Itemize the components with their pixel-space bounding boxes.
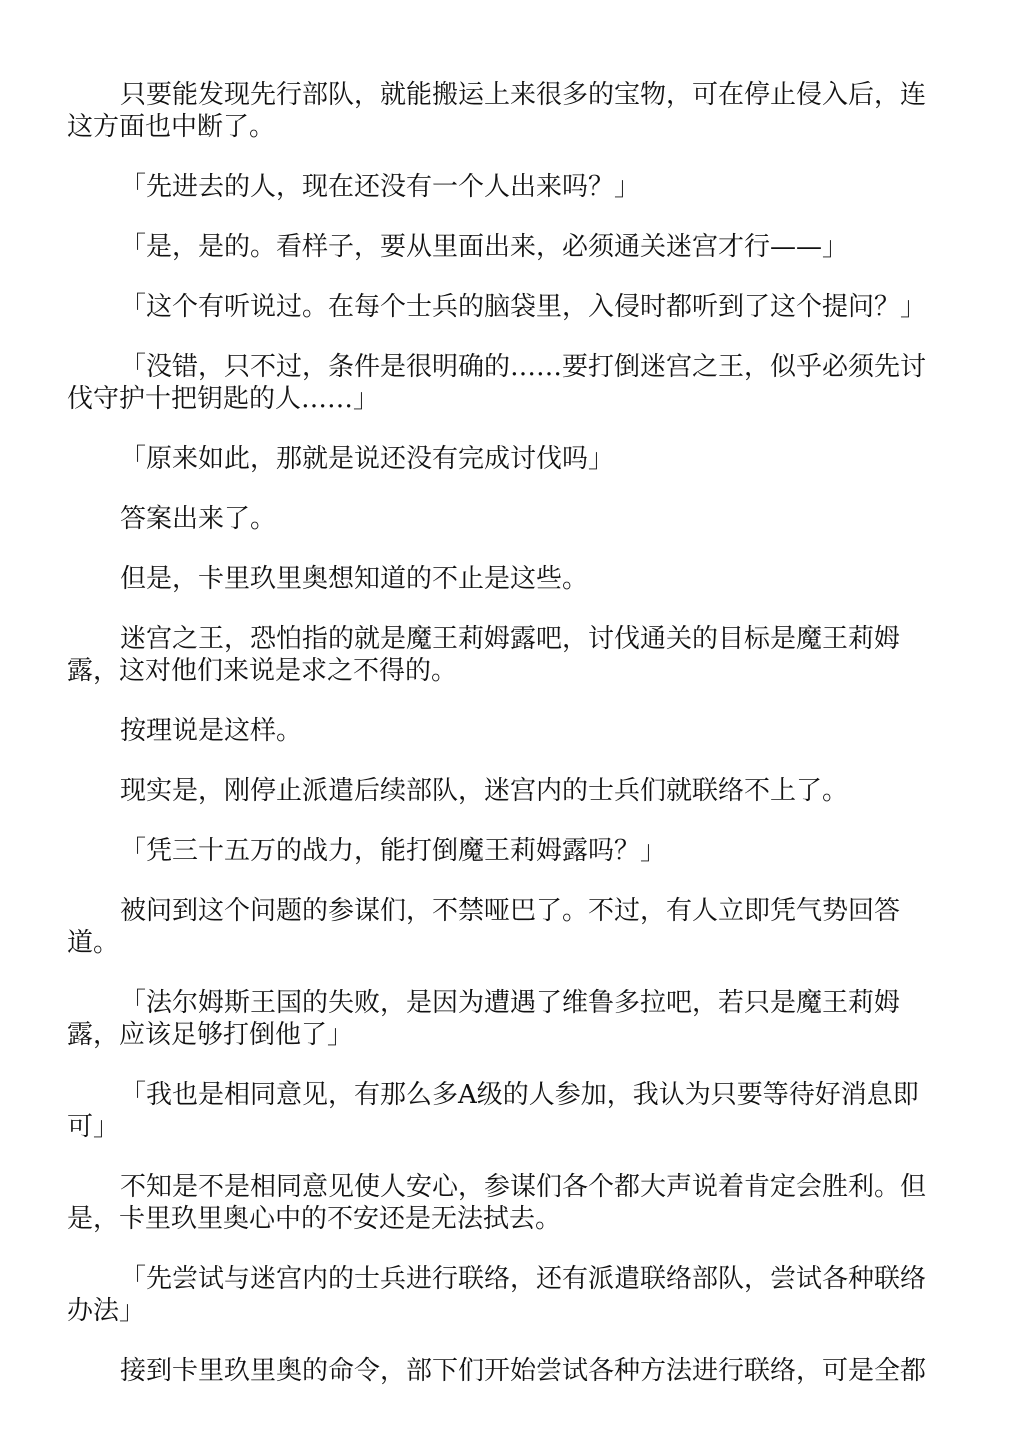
paragraph: 迷宫之王，恐怕指的就是魔王莉姆露吧，讨伐通关的目标是魔王莉姆 露，这对他们来说是… bbox=[67, 623, 947, 687]
text-line: 但是，卡里玖里奥想知道的不止是这些。 bbox=[67, 563, 947, 595]
text-line: 「原来如此，那就是说还没有完成讨伐吗」 bbox=[67, 443, 947, 475]
paragraph: 现实是，刚停止派遣后续部队，迷宫内的士兵们就联络不上了。 bbox=[67, 775, 947, 807]
text-line: 「凭三十五万的战力，能打倒魔王莉姆露吗？」 bbox=[67, 835, 947, 867]
text-line: 「先尝试与迷宫内的士兵进行联络，还有派遣联络部队，尝试各种联络 bbox=[67, 1263, 947, 1295]
document-page: 只要能发现先行部队，就能搬运上来很多的宝物，可在停止侵入后，连 这方面也中断了。… bbox=[67, 79, 947, 1415]
text-line: 接到卡里玖里奥的命令，部下们开始尝试各种方法进行联络，可是全都 bbox=[67, 1355, 947, 1387]
dialogue-paragraph: 「先尝试与迷宫内的士兵进行联络，还有派遣联络部队，尝试各种联络 办法」 bbox=[67, 1263, 947, 1327]
text-line: 被问到这个问题的参谋们，不禁哑巴了。不过，有人立即凭气势回答 bbox=[67, 895, 947, 927]
dialogue-paragraph: 「是，是的。看样子，要从里面出来，必须通关迷宫才行——」 bbox=[67, 231, 947, 263]
dialogue-paragraph: 「法尔姆斯王国的失败，是因为遭遇了维鲁多拉吧，若只是魔王莉姆 露，应该足够打倒他… bbox=[67, 987, 947, 1051]
text-line: 露，应该足够打倒他了」 bbox=[67, 1019, 947, 1051]
dialogue-paragraph: 「没错，只不过，条件是很明确的……要打倒迷宫之王，似乎必须先讨 伐守护十把钥匙的… bbox=[67, 351, 947, 415]
text-line: 办法」 bbox=[67, 1295, 947, 1327]
dialogue-paragraph: 「原来如此，那就是说还没有完成讨伐吗」 bbox=[67, 443, 947, 475]
paragraph: 被问到这个问题的参谋们，不禁哑巴了。不过，有人立即凭气势回答 道。 bbox=[67, 895, 947, 959]
paragraph: 但是，卡里玖里奥想知道的不止是这些。 bbox=[67, 563, 947, 595]
dialogue-paragraph: 「先进去的人，现在还没有一个人出来吗？」 bbox=[67, 171, 947, 203]
text-line: 「这个有听说过。在每个士兵的脑袋里，入侵时都听到了这个提问？」 bbox=[67, 291, 947, 323]
text-line: 迷宫之王，恐怕指的就是魔王莉姆露吧，讨伐通关的目标是魔王莉姆 bbox=[67, 623, 947, 655]
text-line: 道。 bbox=[67, 927, 947, 959]
paragraph: 不知是不是相同意见使人安心，参谋们各个都大声说着肯定会胜利。但 是，卡里玖里奥心… bbox=[67, 1171, 947, 1235]
text-line: 伐守护十把钥匙的人……」 bbox=[67, 383, 947, 415]
text-line: 只要能发现先行部队，就能搬运上来很多的宝物，可在停止侵入后，连 bbox=[67, 79, 947, 111]
text-line: 「没错，只不过，条件是很明确的……要打倒迷宫之王，似乎必须先讨 bbox=[67, 351, 947, 383]
text-line: 按理说是这样。 bbox=[67, 715, 947, 747]
paragraph: 按理说是这样。 bbox=[67, 715, 947, 747]
text-line: 这方面也中断了。 bbox=[67, 111, 947, 143]
text-line: 「是，是的。看样子，要从里面出来，必须通关迷宫才行——」 bbox=[67, 231, 947, 263]
dialogue-paragraph: 「这个有听说过。在每个士兵的脑袋里，入侵时都听到了这个提问？」 bbox=[67, 291, 947, 323]
text-line: 不知是不是相同意见使人安心，参谋们各个都大声说着肯定会胜利。但 bbox=[67, 1171, 947, 1203]
paragraph: 只要能发现先行部队，就能搬运上来很多的宝物，可在停止侵入后，连 这方面也中断了。 bbox=[67, 79, 947, 143]
text-line: 是，卡里玖里奥心中的不安还是无法拭去。 bbox=[67, 1203, 947, 1235]
text-line: 「法尔姆斯王国的失败，是因为遭遇了维鲁多拉吧，若只是魔王莉姆 bbox=[67, 987, 947, 1019]
text-line: 答案出来了。 bbox=[67, 503, 947, 535]
text-line: 可」 bbox=[67, 1111, 947, 1143]
paragraph: 答案出来了。 bbox=[67, 503, 947, 535]
text-line: 「先进去的人，现在还没有一个人出来吗？」 bbox=[67, 171, 947, 203]
text-line: 「我也是相同意见，有那么多A级的人参加，我认为只要等待好消息即 bbox=[67, 1079, 947, 1111]
paragraph: 接到卡里玖里奥的命令，部下们开始尝试各种方法进行联络，可是全都 bbox=[67, 1355, 947, 1387]
text-line: 现实是，刚停止派遣后续部队，迷宫内的士兵们就联络不上了。 bbox=[67, 775, 947, 807]
text-line: 露，这对他们来说是求之不得的。 bbox=[67, 655, 947, 687]
dialogue-paragraph: 「凭三十五万的战力，能打倒魔王莉姆露吗？」 bbox=[67, 835, 947, 867]
dialogue-paragraph: 「我也是相同意见，有那么多A级的人参加，我认为只要等待好消息即 可」 bbox=[67, 1079, 947, 1143]
